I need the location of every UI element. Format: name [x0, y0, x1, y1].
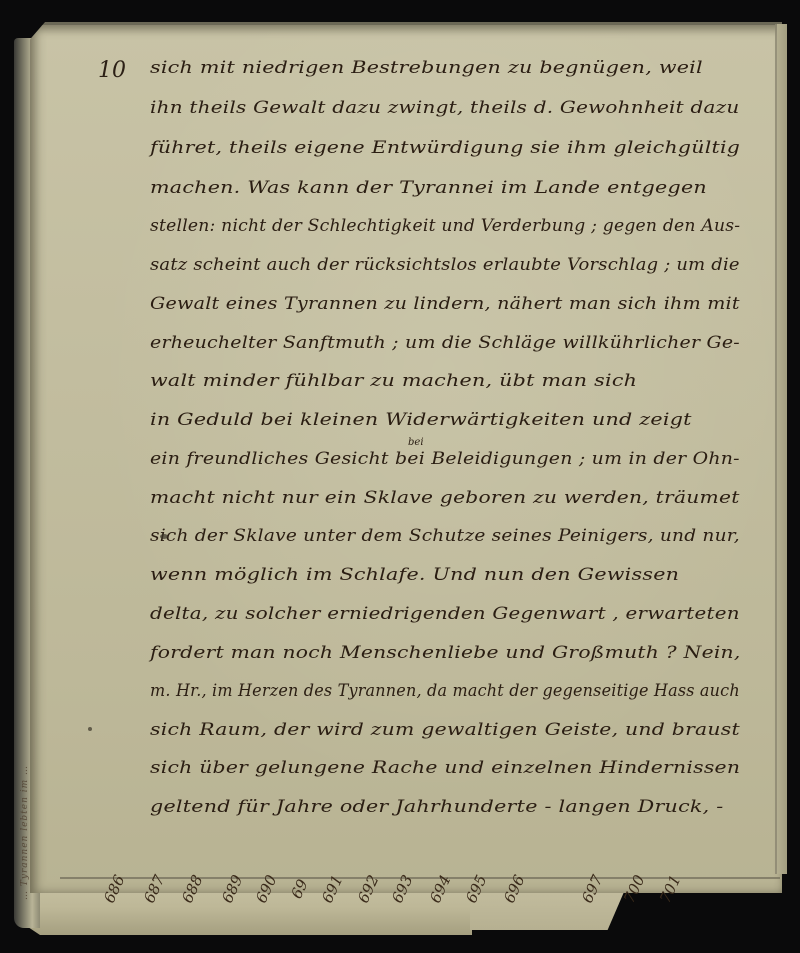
bottom-tab-numbers: 686 687 688 689 690 69 691 692 693 694 6…	[100, 880, 700, 930]
right-edge-flap	[777, 24, 787, 874]
text-line: sich Raum, der wird zum gewaltigen Geist…	[150, 720, 740, 739]
text-line: führet, theils eigene Entwürdigung sie i…	[150, 138, 740, 157]
folio-number: 10	[98, 58, 126, 83]
tab-number: 69	[287, 877, 311, 902]
text-line: wenn möglich im Schlafe. Und nun den Gew…	[150, 565, 679, 584]
text-line: ein freundliches Gesicht bei Beleidigung…	[150, 449, 740, 468]
text-line: erheuchelter Sanftmuth ; um die Schläge …	[150, 333, 740, 352]
text-line: satz scheint auch der rücksichtslos erla…	[150, 255, 740, 274]
text-line: stellen: nicht der Schlechtigkeit und Ve…	[150, 216, 740, 235]
text-line: ihn theils Gewalt dazu zwingt, theils d.…	[150, 98, 739, 117]
interlinear-insertion: bei	[408, 437, 424, 448]
text-line: sich über gelungene Rache und einzelnen …	[150, 758, 740, 777]
text-line: machen. Was kann der Tyrannei im Lande e…	[150, 178, 707, 197]
text-line: walt minder fühlbar zu machen, übt man s…	[150, 371, 637, 390]
text-line: delta, zu solcher erniedrigenden Gegenwa…	[150, 604, 740, 623]
text-line: Gewalt eines Tyrannen zu lindern, nähert…	[150, 294, 740, 313]
text-line: geltend für Jahre oder Jahrhunderte - la…	[150, 797, 723, 816]
ink-blot	[160, 534, 168, 539]
text-line: in Geduld bei kleinen Widerwärtigkeiten …	[150, 410, 692, 429]
text-line: sich mit niedrigen Bestrebungen zu begnü…	[150, 58, 703, 77]
right-margin-rule	[775, 24, 777, 874]
text-line: fordert man noch Menschenliebe und Großm…	[150, 643, 741, 662]
text-line: sich der Sklave unter dem Schutze seines…	[150, 526, 740, 545]
text-line: m. Hr., im Herzen des Tyrannen, da macht…	[150, 681, 740, 700]
text-line: macht nicht nur ein Sklave geboren zu we…	[150, 488, 740, 507]
ink-speck	[88, 727, 92, 731]
